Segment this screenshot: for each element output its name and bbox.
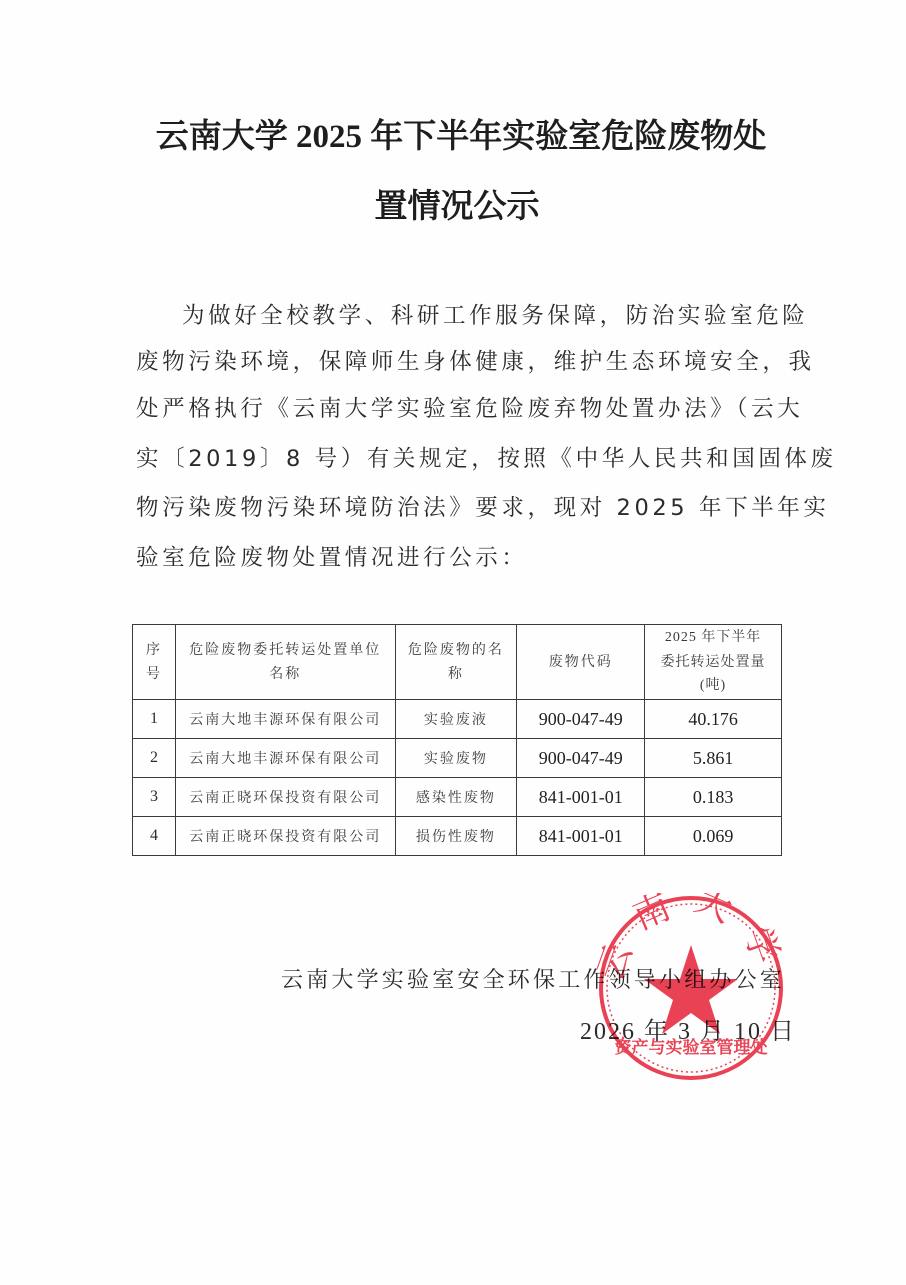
cell-company: 云南正晓环保投资有限公司 <box>175 817 395 856</box>
cell-waste-name: 感染性废物 <box>395 778 517 817</box>
cell-waste-code: 841-001-01 <box>517 778 645 817</box>
cell-amount: 0.069 <box>645 817 782 856</box>
paragraph-line: 为做好全校教学、科研工作服务保障，防治实验室危险 <box>182 298 808 330</box>
table-row: 3 云南正晓环保投资有限公司 感染性废物 841-001-01 0.183 <box>133 778 782 817</box>
cell-waste-name: 实验废物 <box>395 739 517 778</box>
table-row: 1 云南大地丰源环保有限公司 实验废液 900-047-49 40.176 <box>133 700 782 739</box>
table-row: 2 云南大地丰源环保有限公司 实验废物 900-047-49 5.861 <box>133 739 782 778</box>
cell-index: 1 <box>133 700 176 739</box>
cell-index: 3 <box>133 778 176 817</box>
paragraph-line: 实〔2019〕8 号）有关规定，按照《中华人民共和国固体废 <box>136 441 837 473</box>
document-title-line-2: 置情况公示 <box>4 180 906 227</box>
official-seal: 云南大学 资产与实验室管理处 <box>596 893 786 1083</box>
header-line: 危险废物的名 <box>396 638 517 662</box>
cell-index: 2 <box>133 739 176 778</box>
cell-company: 云南正晓环保投资有限公司 <box>175 778 395 817</box>
header-waste-code: 废物代码 <box>517 625 645 700</box>
paragraph-line: 验室危险废物处置情况进行公示： <box>136 540 528 572</box>
cell-company: 云南大地丰源环保有限公司 <box>175 739 395 778</box>
document-page: 云南大学 2025 年下半年实验室危险废物处 置情况公示 为做好全校教学、科研工… <box>0 0 906 1285</box>
header-amount: 2025 年下半年 委托转运处置量 (吨) <box>645 625 782 700</box>
cell-waste-code: 841-001-01 <box>517 817 645 856</box>
header-line: 序 <box>133 638 175 662</box>
cell-waste-name: 损伤性废物 <box>395 817 517 856</box>
header-line: 号 <box>133 662 175 686</box>
cell-waste-name: 实验废液 <box>395 700 517 739</box>
waste-disposal-table: 序 号 危险废物委托转运处置单位 名称 危险废物的名 称 废物代码 2025 年… <box>132 624 782 856</box>
paragraph-line: 物污染废物污染环境防治法》要求，现对 2025 年下半年实 <box>136 490 829 522</box>
header-line: (吨) <box>645 674 781 698</box>
header-line: 2025 年下半年 <box>645 626 781 650</box>
star-icon <box>644 945 738 1034</box>
paragraph-line: 处严格执行《云南大学实验室危险废弃物处置办法》（云大 <box>136 391 803 423</box>
cell-amount: 0.183 <box>645 778 782 817</box>
header-waste-name: 危险废物的名 称 <box>395 625 517 700</box>
table-header-row: 序 号 危险废物委托转运处置单位 名称 危险废物的名 称 废物代码 2025 年… <box>133 625 782 700</box>
header-line: 名称 <box>176 662 395 686</box>
cell-company: 云南大地丰源环保有限公司 <box>175 700 395 739</box>
document-title-line-1: 云南大学 2025 年下半年实验室危险废物处 <box>8 110 906 157</box>
header-line: 委托转运处置量 <box>645 650 781 674</box>
header-line: 危险废物委托转运处置单位 <box>176 638 395 662</box>
cell-amount: 40.176 <box>645 700 782 739</box>
header-index: 序 号 <box>133 625 176 700</box>
paragraph-line: 废物污染环境，保障师生身体健康，维护生态环境安全，我 <box>136 344 815 376</box>
header-company: 危险废物委托转运处置单位 名称 <box>175 625 395 700</box>
cell-index: 4 <box>133 817 176 856</box>
table-row: 4 云南正晓环保投资有限公司 损伤性废物 841-001-01 0.069 <box>133 817 782 856</box>
seal-bottom-text: 资产与实验室管理处 <box>615 1037 768 1058</box>
cell-amount: 5.861 <box>645 739 782 778</box>
header-line: 废物代码 <box>517 650 644 674</box>
cell-waste-code: 900-047-49 <box>517 739 645 778</box>
header-line: 称 <box>396 662 517 686</box>
cell-waste-code: 900-047-49 <box>517 700 645 739</box>
